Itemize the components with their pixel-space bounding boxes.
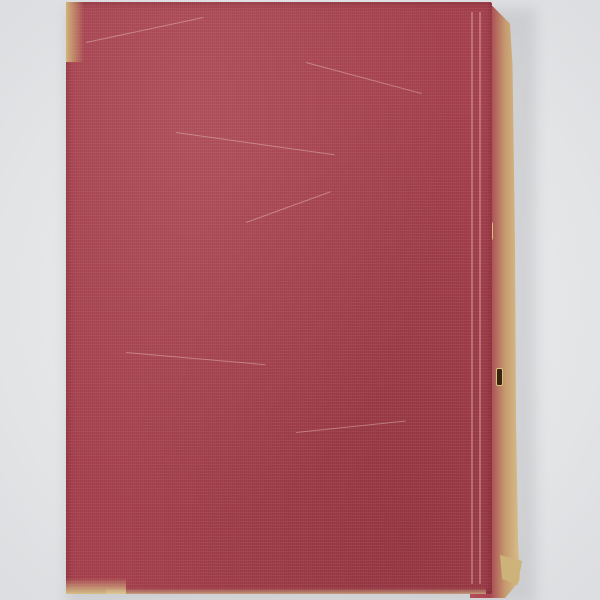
worn-edge-bottom xyxy=(106,588,486,594)
scuff-mark xyxy=(246,191,331,223)
spine-crease xyxy=(479,12,481,584)
scuff-mark xyxy=(306,62,422,94)
scuff-mark xyxy=(176,132,335,155)
scuff-mark xyxy=(126,352,266,365)
photo-background xyxy=(0,0,600,600)
spine-tear xyxy=(496,368,503,386)
book-cover xyxy=(66,2,492,594)
scuff-mark xyxy=(86,17,204,43)
worn-edge-top-left xyxy=(66,2,84,62)
scuff-mark xyxy=(296,421,406,433)
spine-crease xyxy=(471,12,473,584)
